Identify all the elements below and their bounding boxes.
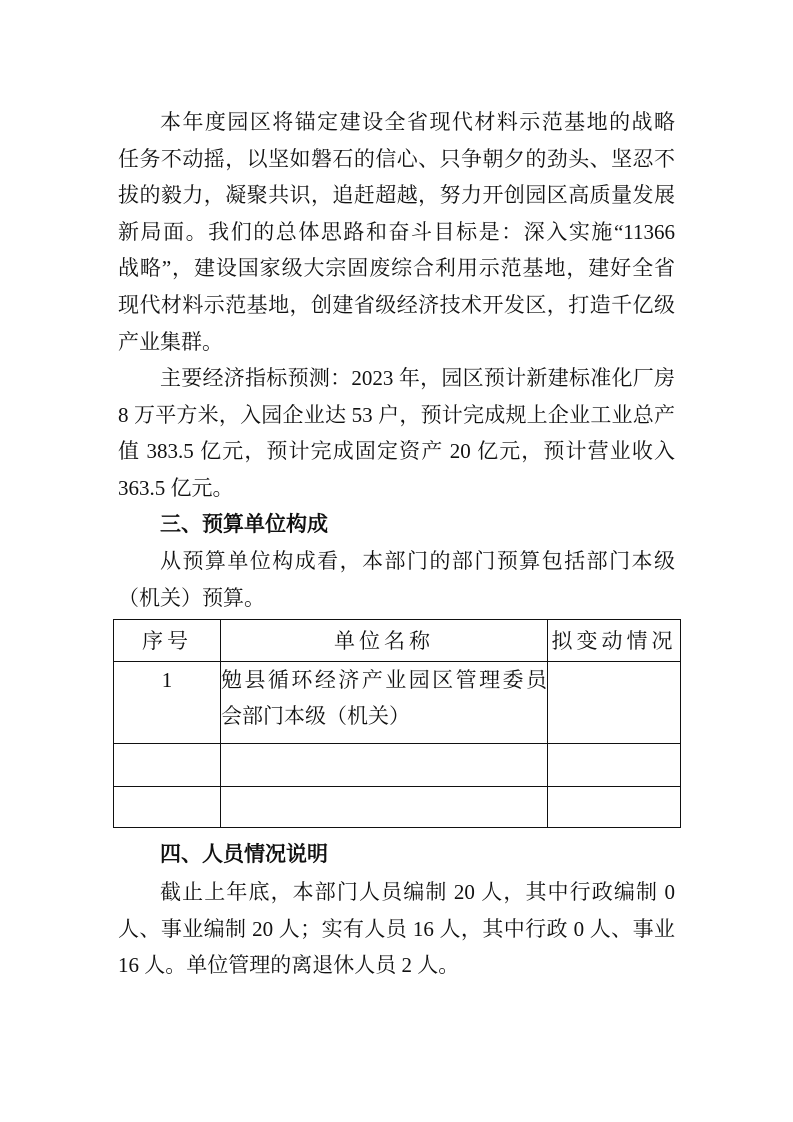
cell-change	[548, 662, 681, 744]
text-line: 363.5 亿元。	[118, 470, 675, 507]
text-line: 本年度园区将锚定建设全省现代材料示范基地的战略	[118, 104, 675, 141]
text-line: 从预算单位构成看，本部门的部门预算包括部门本级	[118, 543, 675, 580]
para-personnel: 截止上年底，本部门人员编制 20 人，其中行政编制 0 人、事业编制 20 人；…	[118, 874, 675, 984]
col-header-change: 拟变动情况	[548, 620, 681, 662]
cell-unit-name	[221, 787, 548, 828]
text-line: 拔的毅力，凝聚共识，追赶超越，努力开创园区高质量发展	[118, 177, 675, 214]
cell-change	[548, 787, 681, 828]
para-budget-composition: 从预算单位构成看，本部门的部门预算包括部门本级 （机关）预算。	[118, 543, 675, 616]
cell-unit-name	[221, 744, 548, 787]
document-page: 本年度园区将锚定建设全省现代材料示范基地的战略 任务不动摇，以坚如磐石的信心、只…	[0, 0, 793, 1122]
budget-units-table: 序号 单位名称 拟变动情况 1 勉县循环经济产业园区管理委员 会部门本级（机关）	[113, 619, 681, 828]
para-annual-strategy: 本年度园区将锚定建设全省现代材料示范基地的战略 任务不动摇，以坚如磐石的信心、只…	[118, 104, 675, 360]
unit-name-line: 勉县循环经济产业园区管理委员	[221, 662, 547, 698]
document-content: 本年度园区将锚定建设全省现代材料示范基地的战略 任务不动摇，以坚如磐石的信心、只…	[118, 104, 675, 984]
cell-seq: 1	[114, 662, 221, 744]
section-heading-budget-units: 三、预算单位构成	[118, 507, 675, 544]
cell-seq	[114, 787, 221, 828]
text-line: 现代材料示范基地，创建省级经济技术开发区，打造千亿级	[118, 287, 675, 324]
text-line: 截止上年底，本部门人员编制 20 人，其中行政编制 0	[118, 874, 675, 911]
text-line: 任务不动摇，以坚如磐石的信心、只争朝夕的劲头、坚忍不	[118, 141, 675, 178]
cell-seq	[114, 744, 221, 787]
text-line: 战略”，建设国家级大宗固废综合利用示范基地，建好全省	[118, 250, 675, 287]
table-row	[114, 787, 681, 828]
cell-change	[548, 744, 681, 787]
col-header-seq: 序号	[114, 620, 221, 662]
text-line: 人、事业编制 20 人；实有人员 16 人，其中行政 0 人、事业	[118, 911, 675, 948]
text-line: 新局面。我们的总体思路和奋斗目标是：深入实施“11366	[118, 214, 675, 251]
table-header-row: 序号 单位名称 拟变动情况	[114, 620, 681, 662]
para-economic-forecast: 主要经济指标预测：2023 年，园区预计新建标准化厂房 8 万平方米，入园企业达…	[118, 360, 675, 506]
table-row	[114, 744, 681, 787]
text-line: （机关）预算。	[118, 580, 675, 617]
table-row: 1 勉县循环经济产业园区管理委员 会部门本级（机关）	[114, 662, 681, 744]
text-line: 主要经济指标预测：2023 年，园区预计新建标准化厂房	[118, 360, 675, 397]
text-line: 值 383.5 亿元，预计完成固定资产 20 亿元，预计营业收入	[118, 433, 675, 470]
unit-name-line: 会部门本级（机关）	[221, 698, 547, 734]
col-header-unit-name: 单位名称	[221, 620, 548, 662]
cell-unit-name: 勉县循环经济产业园区管理委员 会部门本级（机关）	[221, 662, 548, 744]
text-line: 产业集群。	[118, 324, 675, 361]
section-heading-personnel: 四、人员情况说明	[118, 837, 675, 874]
text-line: 16 人。单位管理的离退休人员 2 人。	[118, 947, 675, 984]
text-line: 8 万平方米，入园企业达 53 户，预计完成规上企业工业总产	[118, 397, 675, 434]
